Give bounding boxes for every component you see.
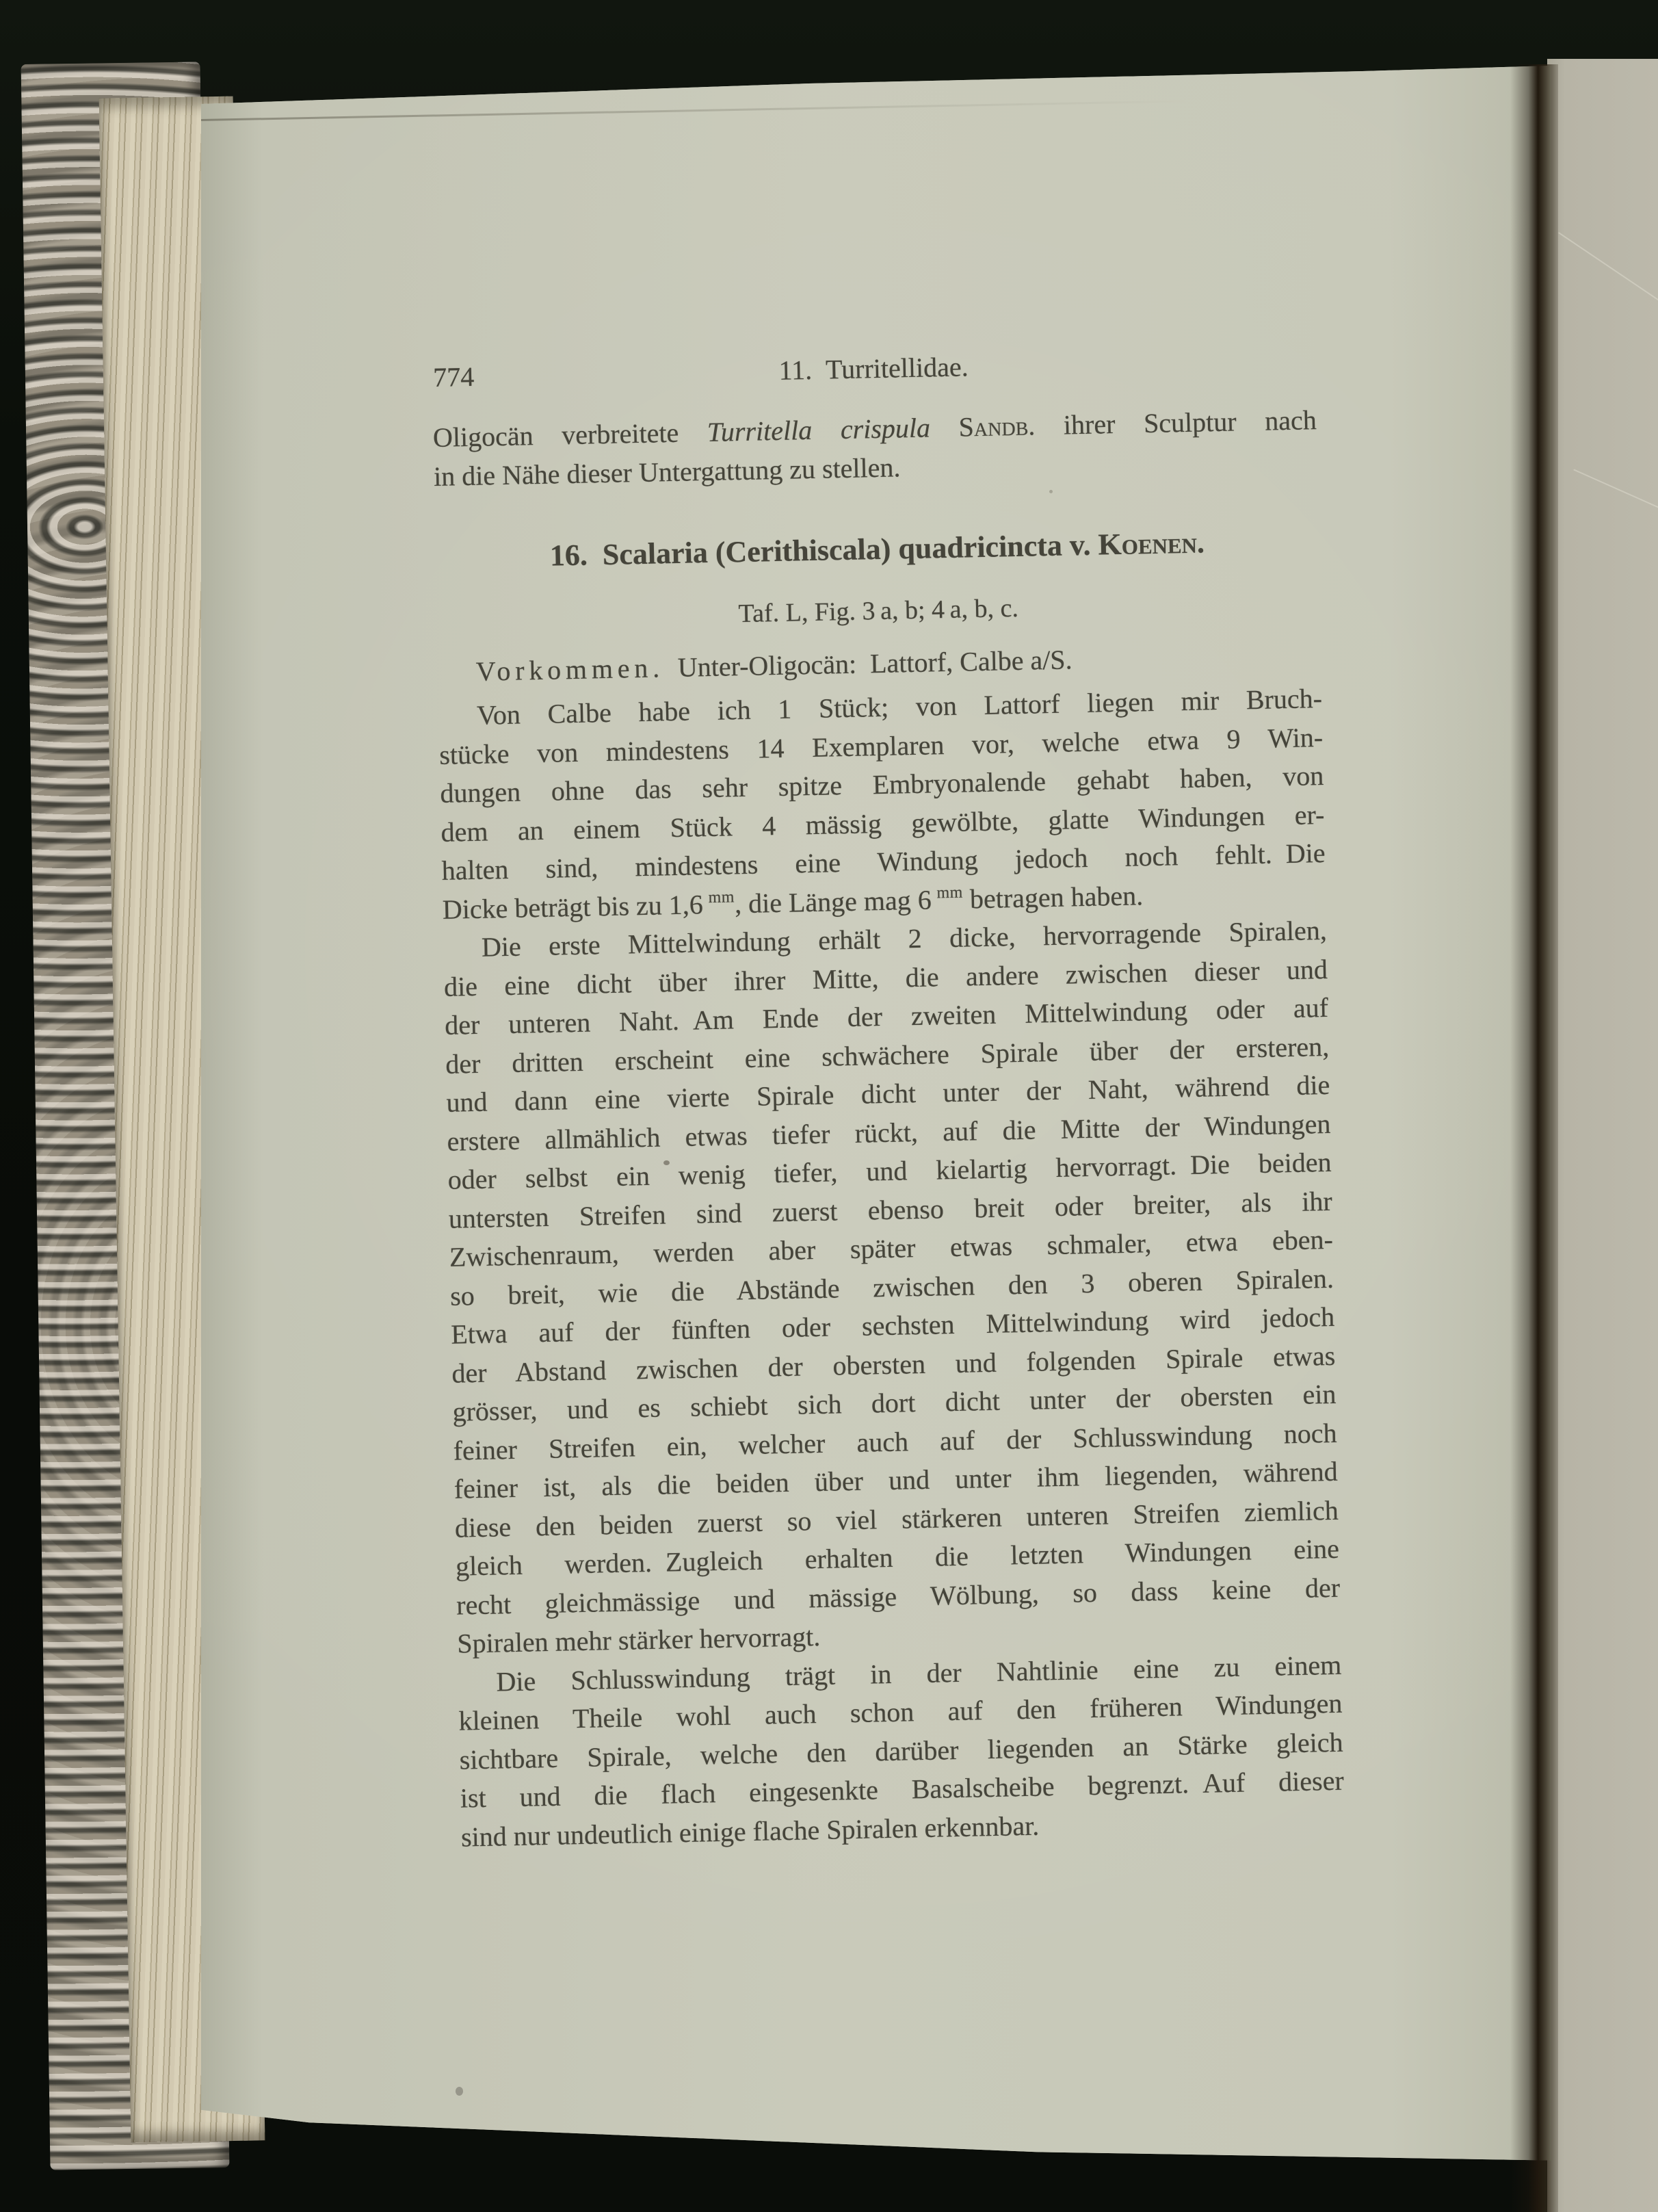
occurrence-text: Unter-Oligocän: Lattorf, Calbe a/S. [663,644,1073,683]
heading-author: Koenen. [1098,525,1205,561]
page-content: 774 11. Turritellidae. Oligocän verbreit… [181,36,1573,2172]
paragraph-lines: die eine dicht über ihrer Mitte, die and… [444,950,1341,1624]
species-name: Turritella crispula [707,412,930,447]
paper-crease [1573,469,1658,525]
species-heading: 16. Scalaria (Cerithiscala) quadricincta… [435,521,1319,577]
book-scan: 774 11. Turritellidae. Oligocän verbreit… [0,0,1658,2212]
figure-reference: Taf. L, Fig. 3 a, b; 4 a, b, c. [436,585,1321,637]
text-segment: Oligocän verbreitete [433,417,708,453]
millimetre-unit: mm [936,883,963,902]
gutter-shadow [1510,64,1558,2212]
paragraph-lines: stücke von mindestens 14 Exemplaren vor,… [439,718,1326,891]
description-paragraph: Die Schlusswindung trägt in der Nahtlini… [458,1645,1345,1856]
text-column: 774 11. Turritellidae. Oligocän verbreit… [432,340,1345,1857]
text-segment: , die Länge mag 6 [735,884,938,919]
millimetre-unit: mm [708,888,735,907]
paragraph-lines: kleinen Theile wohl auch schon auf den f… [458,1684,1344,1818]
description-paragraph: Die erste Mittelwindung erhält 2 dicke, … [443,911,1341,1663]
occurrence-label: Vorkommen. [475,652,664,687]
scanned-book-page: 774 11. Turritellidae. Oligocän verbreit… [201,60,1551,2169]
chapter-title: 11. Turritellidae. [778,351,969,386]
text-segment: betragen haben. [963,880,1144,914]
paper-crease [1558,232,1658,325]
heading-text: 16. Scalaria (Cerithiscala) quadricincta… [549,528,1098,573]
description-paragraph: Von Calbe habe ich 1 Stück; von Lattorf … [438,679,1327,929]
page-number: 774 [433,357,475,397]
running-header: 774 11. Turritellidae. [432,340,1316,397]
text-segment: Dicke beträgt bis zu 1,6 [442,889,709,925]
author-abbreviation: Sandb. [930,410,1036,443]
facing-page-sliver [1547,59,1658,2212]
intro-paragraph: Oligocän verbreitete Turritella crispula… [432,401,1317,496]
text-segment: ihrer Sculptur nach [1035,404,1317,441]
